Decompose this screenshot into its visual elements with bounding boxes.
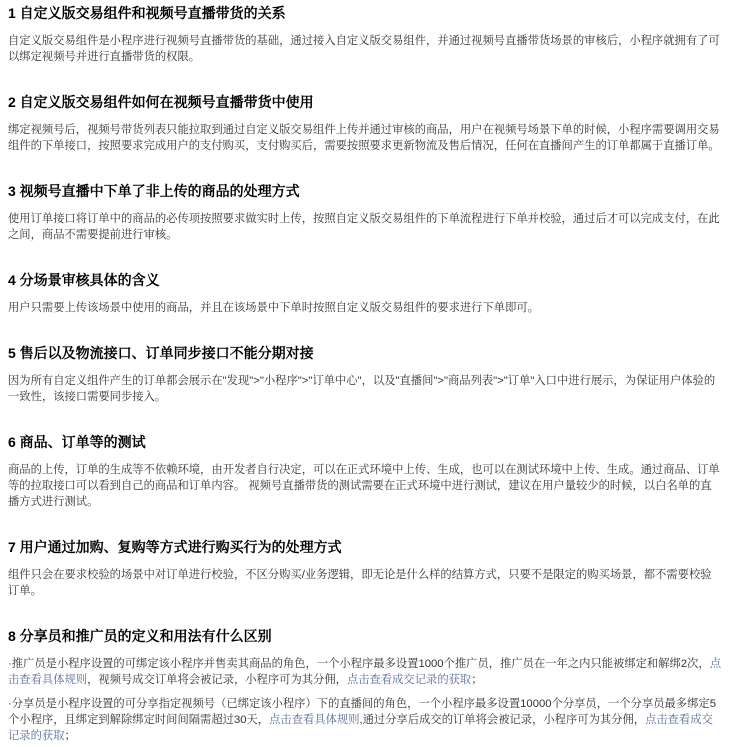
section-aftersale-sync: 5 售后以及物流接口、订单同步接口不能分期对接 因为所有自定义组件产生的订单都会… xyxy=(8,344,722,405)
section-paragraph: 组件只会在要求校验的场景中对订单进行校验，不区分购买/业务逻辑，即无论是什么样的… xyxy=(8,567,722,599)
section-relation: 1 自定义版交易组件和视频号直播带货的关系 自定义版交易组件是小程序进行视频号直… xyxy=(8,4,722,65)
section-heading: 7 用户通过加购、复购等方式进行购买行为的处理方式 xyxy=(8,538,722,557)
bullet-text: ,通过分享后成交的订单将会被记录，小程序可为其分佣， xyxy=(360,714,646,726)
section-unuploaded-goods: 3 视频号直播中下单了非上传的商品的处理方式 使用订单接口将订单中的商品的必传项… xyxy=(8,182,722,243)
section-heading: 3 视频号直播中下单了非上传的商品的处理方式 xyxy=(8,182,722,201)
section-heading: 1 自定义版交易组件和视频号直播带货的关系 xyxy=(8,4,722,23)
section-sharer-promoter: 8 分享员和推广员的定义和用法有什么区别 ·推广员是小程序设置的可绑定该小程序并… xyxy=(8,627,722,744)
section-heading: 2 自定义版交易组件如何在视频号直播带货中使用 xyxy=(8,93,722,112)
section-heading: 4 分场景审核具体的含义 xyxy=(8,271,722,290)
link-view-sharer-rules[interactable]: 点击查看具体规则 xyxy=(269,714,359,726)
section-paragraph: 绑定视频号后，视频号带货列表只能拉取到通过自定义版交易组件上传并通过审核的商品，… xyxy=(8,122,722,154)
section-paragraph: 商品的上传，订单的生成等不依赖环境，由开发者自行决定，可以在正式环境中上传、生成… xyxy=(8,462,722,510)
section-paragraph: 因为所有自定义组件产生的订单都会展示在"发现">"小程序">"订单中心"，以及"… xyxy=(8,373,722,405)
bullet-text: ·推广员是小程序设置的可绑定该小程序并售卖其商品的角色，一个小程序最多设置100… xyxy=(8,658,710,670)
bullet-text: ，视频号成交订单将会被记录，小程序可为其分佣， xyxy=(87,674,347,686)
section-repurchase: 7 用户通过加购、复购等方式进行购买行为的处理方式 组件只会在要求校验的场景中对… xyxy=(8,538,722,599)
section-usage: 2 自定义版交易组件如何在视频号直播带货中使用 绑定视频号后，视频号带货列表只能… xyxy=(8,93,722,154)
link-view-promoter-transaction-records[interactable]: 点击查看成交记录的获取 xyxy=(347,674,471,686)
bullet-text: ； xyxy=(471,674,482,686)
section-paragraph: 使用订单接口将订单中的商品的必传项按照要求做实时上传，按照自定义版交易组件的下单… xyxy=(8,211,722,243)
section-paragraph: 用户只需要上传该场景中使用的商品，并且在该场景中下单时按照自定义版交易组件的要求… xyxy=(8,300,722,316)
section-heading: 8 分享员和推广员的定义和用法有什么区别 xyxy=(8,627,722,646)
section-heading: 5 售后以及物流接口、订单同步接口不能分期对接 xyxy=(8,344,722,363)
section-heading: 6 商品、订单等的测试 xyxy=(8,433,722,452)
section-paragraph: 自定义版交易组件是小程序进行视频号直播带货的基础，通过接入自定义版交易组件，并通… xyxy=(8,33,722,65)
section-testing: 6 商品、订单等的测试 商品的上传，订单的生成等不依赖环境，由开发者自行决定，可… xyxy=(8,433,722,510)
bullet-sharer: ·分享员是小程序设置的可分享指定视频号（已绑定该小程序）下的直播间的角色，一个小… xyxy=(8,696,722,744)
faq-document: 1 自定义版交易组件和视频号直播带货的关系 自定义版交易组件是小程序进行视频号直… xyxy=(0,0,726,744)
section-scene-review: 4 分场景审核具体的含义 用户只需要上传该场景中使用的商品，并且在该场景中下单时… xyxy=(8,271,722,316)
bullet-promoter: ·推广员是小程序设置的可绑定该小程序并售卖其商品的角色，一个小程序最多设置100… xyxy=(8,656,722,688)
bullet-text: ； xyxy=(65,730,76,742)
